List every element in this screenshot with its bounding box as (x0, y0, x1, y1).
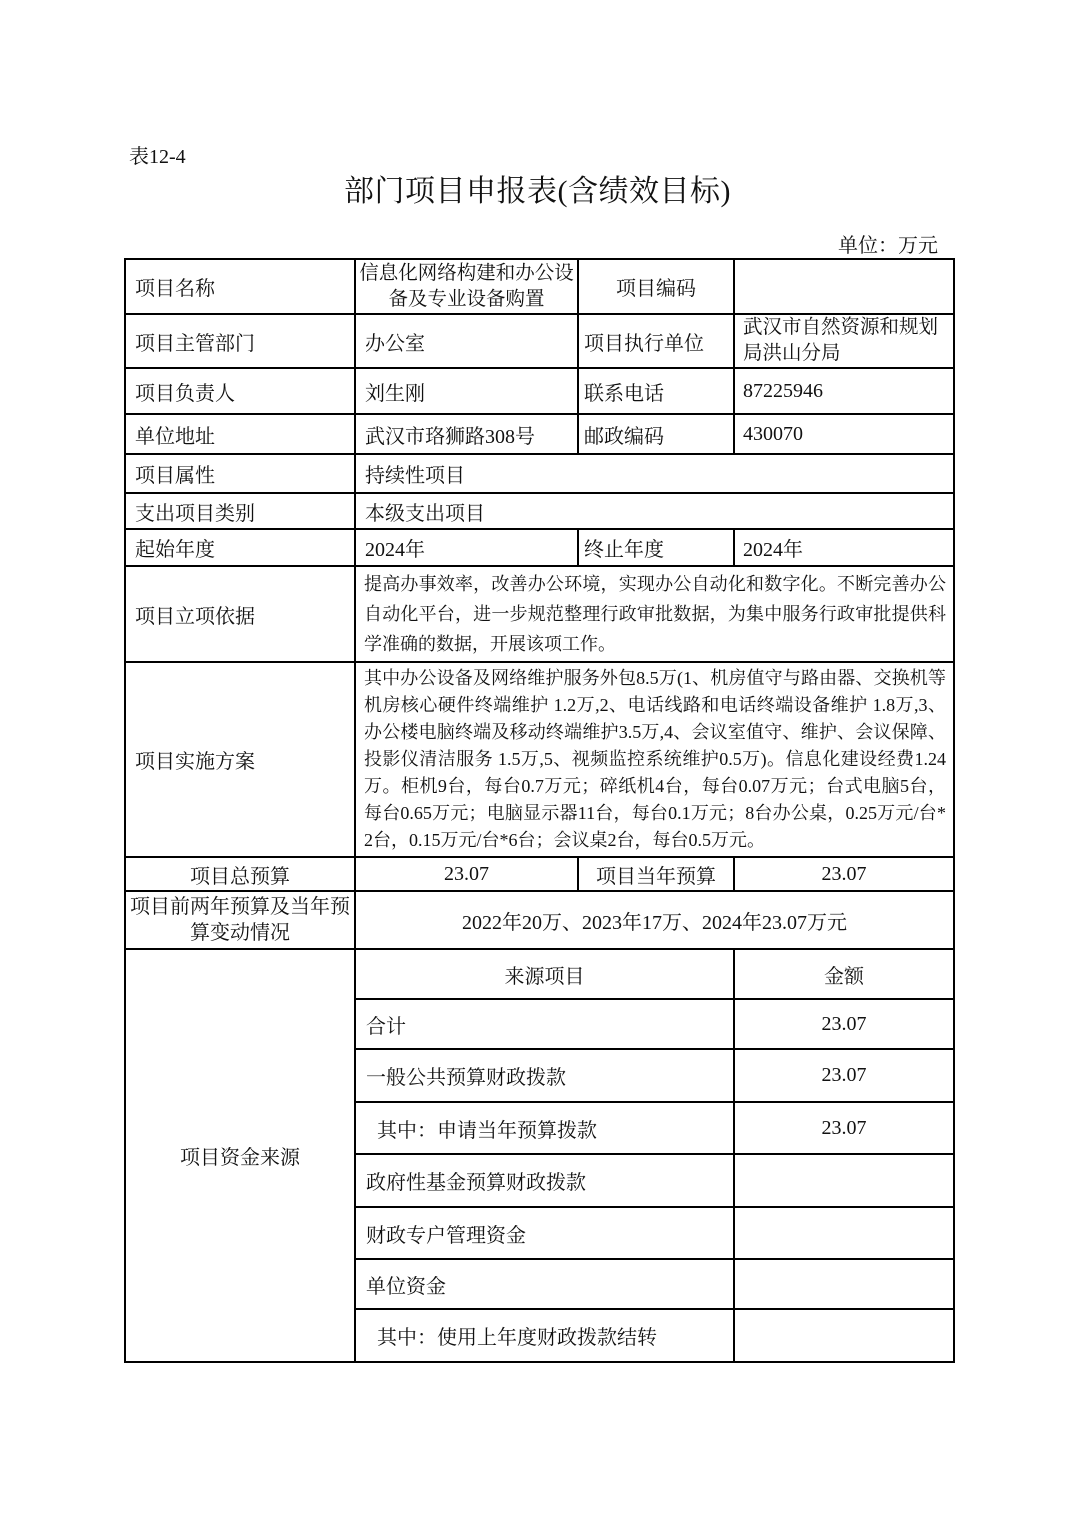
project-name-label-cell: 项目名称 (125, 259, 355, 314)
total-budget-value-cell: 23.07 (355, 857, 578, 891)
table-row: 项目负责人 刘生刚 联系电话 87225946 (125, 368, 954, 414)
current-year-budget-value-cell: 23.07 (734, 857, 954, 891)
project-name-value-cell: 信息化网络构建和办公设备及专业设备购置 (355, 259, 578, 314)
funding-amount-header-cell: 金额 (734, 949, 954, 999)
application-form-table: 项目名称 信息化网络构建和办公设备及专业设备购置 项目编码 项目主管部门 办公室… (124, 258, 955, 1363)
start-year-value-cell: 2024年 (355, 529, 578, 566)
table-row: 项目主管部门 办公室 项目执行单位 武汉市自然资源和规划局洪山分局 (125, 314, 954, 368)
funding-source-cell: 财政专户管理资金 (355, 1207, 734, 1259)
funding-section-label-cell: 项目资金来源 (125, 949, 355, 1362)
project-code-label-cell: 项目编码 (578, 259, 734, 314)
table-row: 单位地址 武汉市珞狮路308号 邮政编码 430070 (125, 414, 954, 454)
project-leader-label-cell: 项目负责人 (125, 368, 355, 414)
document-page: 表12-4 部门项目申报表(含绩效目标) 单位：万元 项目名称 信息化网络构建和… (0, 0, 1075, 1520)
start-year-label-cell: 起始年度 (125, 529, 355, 566)
supervisor-dept-label-cell: 项目主管部门 (125, 314, 355, 368)
implementation-plan-value-cell: 其中办公设备及网络维护服务外包8.5万(1、机房值守与路由器、交换机等机房核心硬… (355, 662, 954, 857)
total-budget-label-cell: 项目总预算 (125, 857, 355, 891)
funding-amount-cell (734, 1154, 954, 1207)
postal-code-label-cell: 邮政编码 (578, 414, 734, 454)
funding-amount-cell (734, 1309, 954, 1362)
funding-amount-cell (734, 1259, 954, 1309)
table-row: 项目实施方案 其中办公设备及网络维护服务外包8.5万(1、机房值守与路由器、交换… (125, 662, 954, 857)
funding-source-cell: 一般公共预算财政拨款 (355, 1049, 734, 1102)
project-leader-value-cell: 刘生刚 (355, 368, 578, 414)
form-number: 表12-4 (129, 140, 186, 169)
page-title: 部门项目申报表(含绩效目标) (0, 166, 1075, 210)
contact-phone-value-cell: 87225946 (734, 368, 954, 414)
unit-note: 单位：万元 (838, 229, 938, 258)
table-row: 项目属性 持续性项目 (125, 454, 954, 493)
funding-amount-cell: 23.07 (734, 999, 954, 1049)
contact-phone-label-cell: 联系电话 (578, 368, 734, 414)
funding-header-row: 项目资金来源 来源项目 金额 (125, 949, 954, 999)
table-row: 项目立项依据 提高办事效率，改善办公环境，实现办公自动化和数字化。不断完善办公自… (125, 566, 954, 662)
project-attribute-value-cell: 持续性项目 (355, 454, 954, 493)
end-year-label-cell: 终止年度 (578, 529, 734, 566)
table-row: 支出项目类别 本级支出项目 (125, 493, 954, 529)
funding-source-header-cell: 来源项目 (355, 949, 734, 999)
previous-budgets-value-cell: 2022年20万、2023年17万、2024年23.07万元 (355, 891, 954, 949)
unit-address-value-cell: 武汉市珞狮路308号 (355, 414, 578, 454)
executing-unit-label-cell: 项目执行单位 (578, 314, 734, 368)
implementation-plan-label-cell: 项目实施方案 (125, 662, 355, 857)
funding-amount-cell (734, 1207, 954, 1259)
table-row: 项目前两年预算及当年预算变动情况 2022年20万、2023年17万、2024年… (125, 891, 954, 949)
funding-source-cell: 其中：申请当年预算拨款 (355, 1102, 734, 1154)
funding-source-cell: 单位资金 (355, 1259, 734, 1309)
unit-address-label-cell: 单位地址 (125, 414, 355, 454)
postal-code-value-cell: 430070 (734, 414, 954, 454)
table-row: 项目总预算 23.07 项目当年预算 23.07 (125, 857, 954, 891)
project-code-value-cell (734, 259, 954, 314)
project-basis-label-cell: 项目立项依据 (125, 566, 355, 662)
supervisor-dept-value-cell: 办公室 (355, 314, 578, 368)
funding-source-cell: 政府性基金预算财政拨款 (355, 1154, 734, 1207)
expenditure-category-label-cell: 支出项目类别 (125, 493, 355, 529)
end-year-value-cell: 2024年 (734, 529, 954, 566)
funding-source-cell: 其中：使用上年度财政拨款结转 (355, 1309, 734, 1362)
funding-amount-cell: 23.07 (734, 1049, 954, 1102)
project-basis-value-cell: 提高办事效率，改善办公环境，实现办公自动化和数字化。不断完善办公自动化平台，进一… (355, 566, 954, 662)
funding-source-cell: 合计 (355, 999, 734, 1049)
executing-unit-value-cell: 武汉市自然资源和规划局洪山分局 (734, 314, 954, 368)
table-row: 项目名称 信息化网络构建和办公设备及专业设备购置 项目编码 (125, 259, 954, 314)
funding-amount-cell: 23.07 (734, 1102, 954, 1154)
table-row: 起始年度 2024年 终止年度 2024年 (125, 529, 954, 566)
expenditure-category-value-cell: 本级支出项目 (355, 493, 954, 529)
current-year-budget-label-cell: 项目当年预算 (578, 857, 734, 891)
previous-budgets-label-cell: 项目前两年预算及当年预算变动情况 (125, 891, 355, 949)
project-attribute-label-cell: 项目属性 (125, 454, 355, 493)
